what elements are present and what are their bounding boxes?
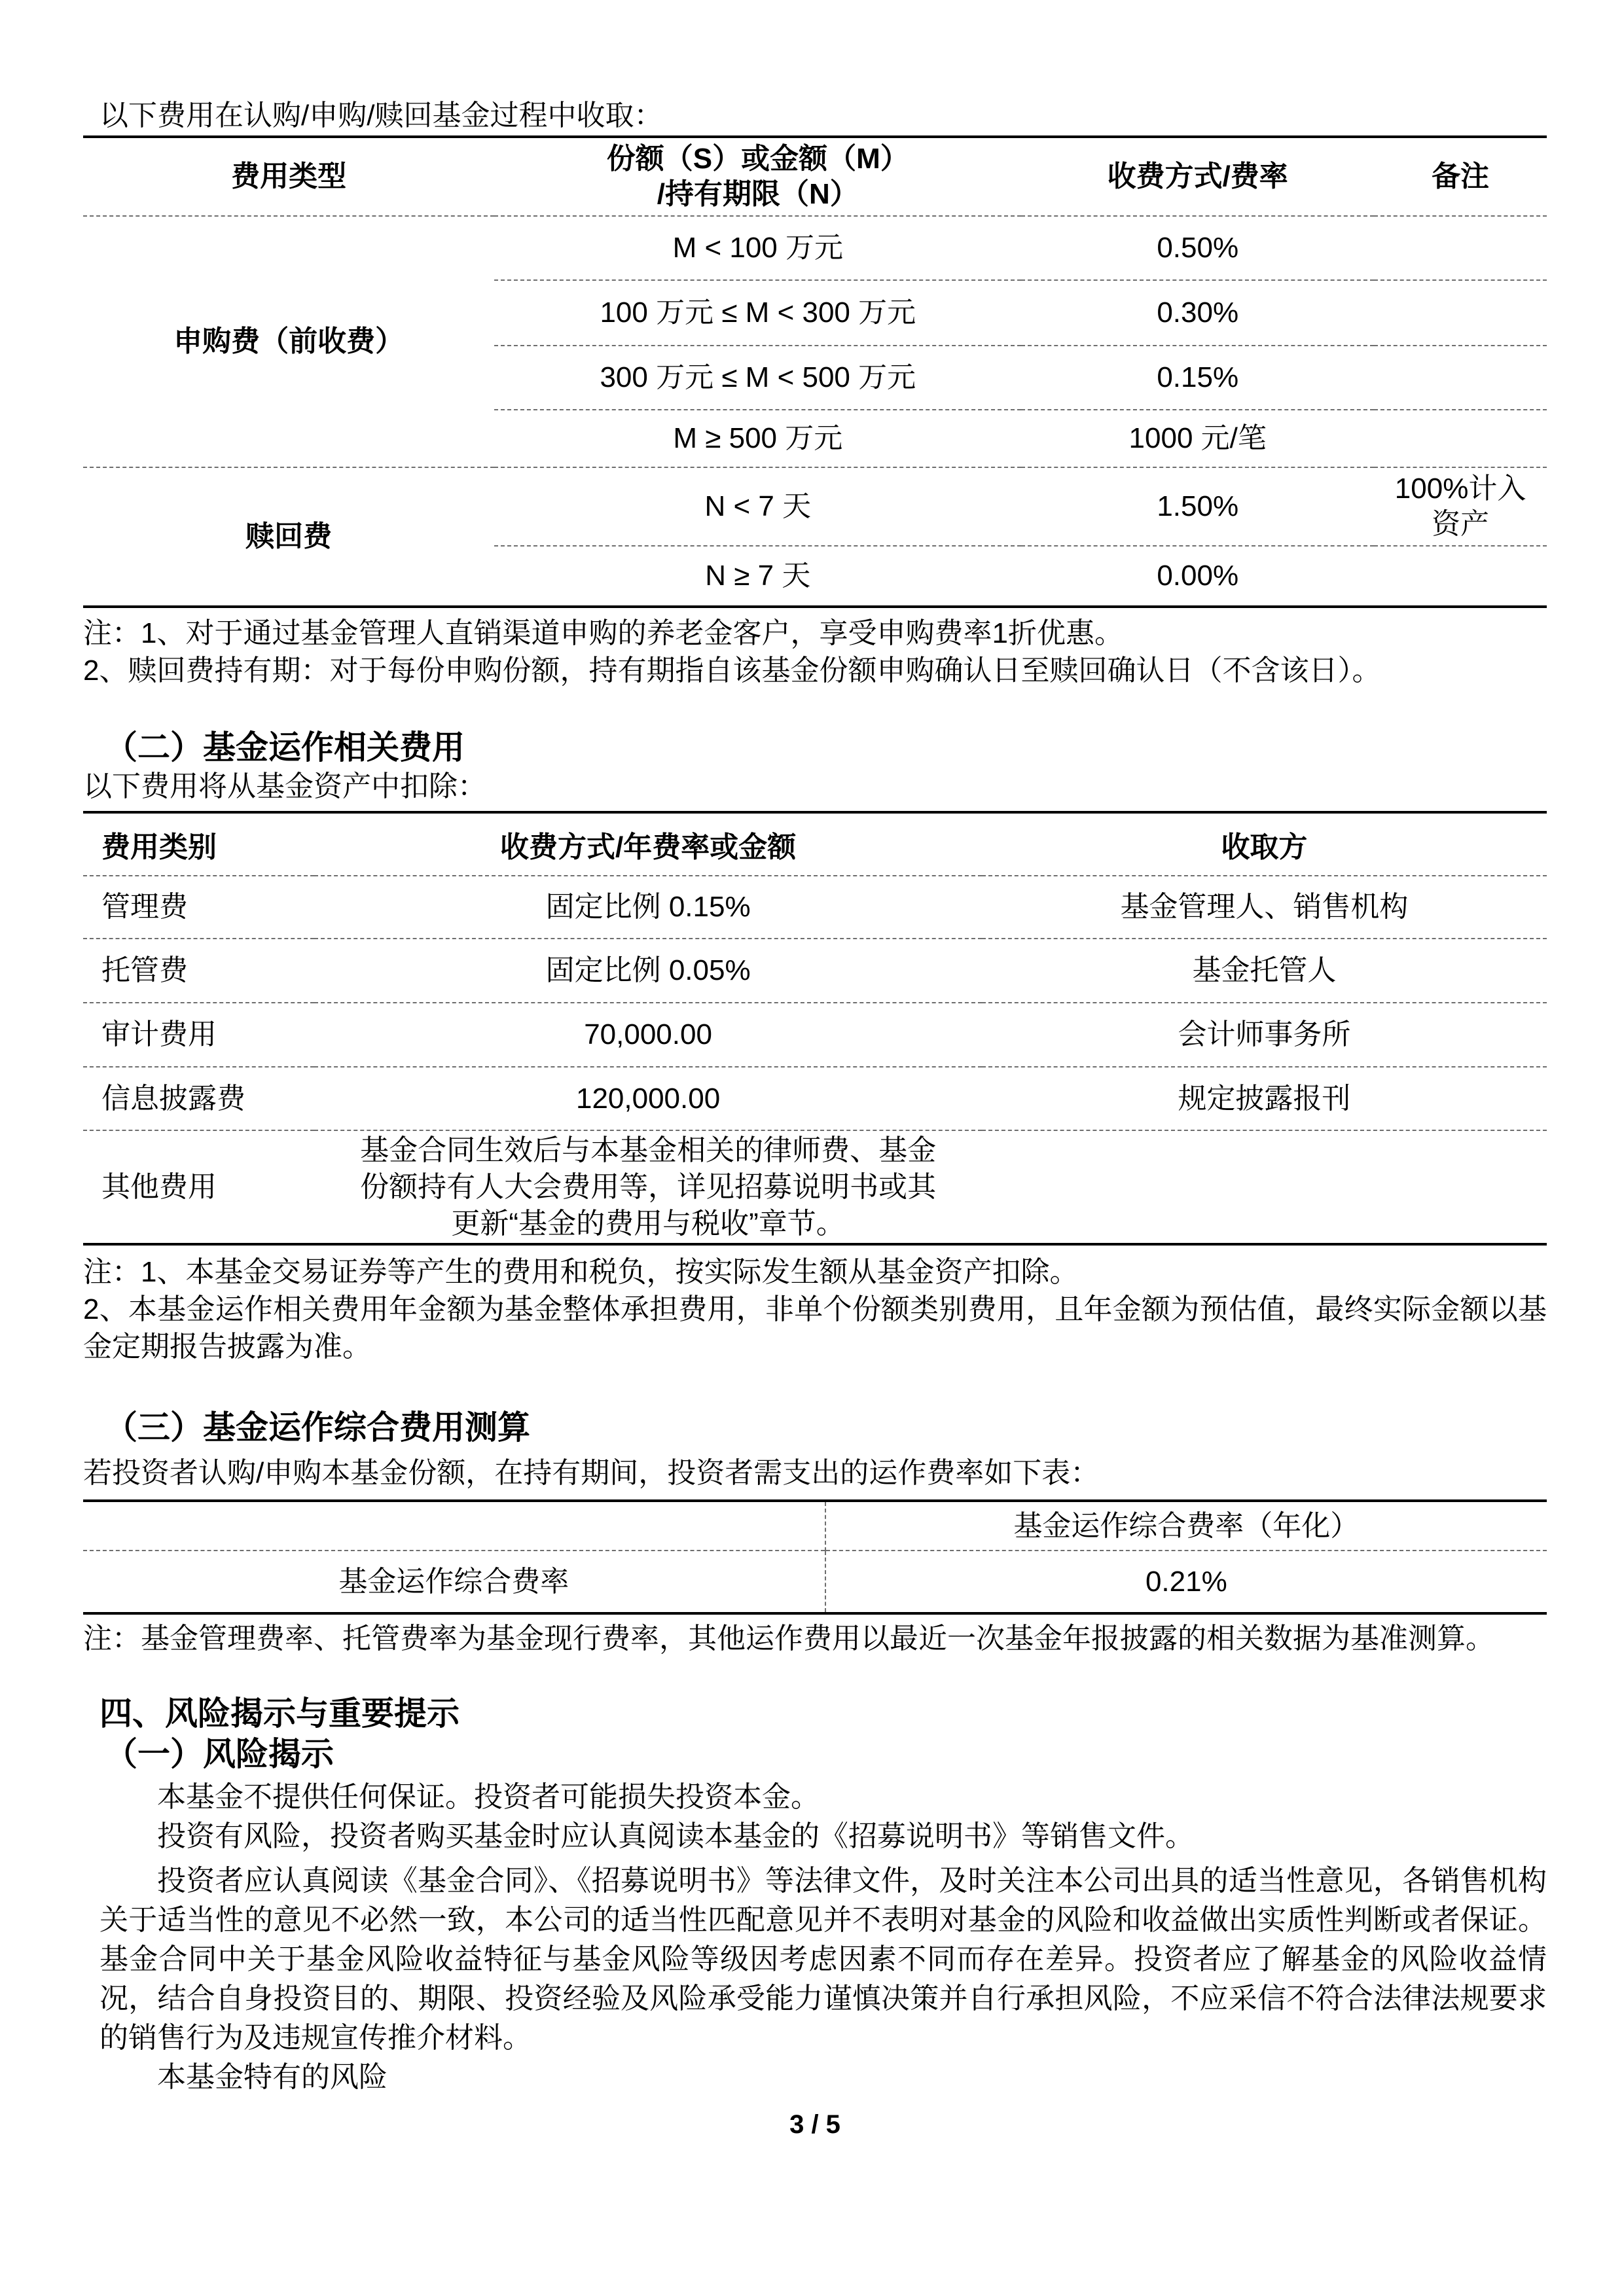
condition-cell: 100 万元 ≤ M < 300 万元: [494, 280, 1021, 346]
fee-name-cell: 托管费: [83, 939, 314, 1003]
condition-cell: M ≥ 500 万元: [494, 410, 1021, 467]
payee-cell: 规定披露报刊: [982, 1067, 1547, 1130]
table-row: 申购费（前收费） M < 100 万元 0.50%: [83, 216, 1547, 280]
table-header-row: 费用类型 份额（S）或金额（M） /持有期限（N） 收费方式/费率 备注: [83, 137, 1547, 216]
fee-value-cell: 固定比例 0.15%: [314, 876, 982, 939]
condition-cell: M < 100 万元: [494, 216, 1021, 280]
rate-value-cell: 0.21%: [825, 1551, 1547, 1613]
remark-cell: [1374, 216, 1547, 280]
remark-cell: [1374, 346, 1547, 410]
fee-name-cell: 其他费用: [83, 1130, 314, 1244]
empty-header-cell: [83, 1501, 825, 1551]
section-heading-comprehensive-fee: （三）基金运作综合费用测算: [105, 1407, 1547, 1448]
table-row: 信息披露费 120,000.00 规定披露报刊: [83, 1067, 1547, 1130]
operating-fees-intro: 以下费用将从基金资产中扣除：: [83, 768, 1547, 806]
rate-cell: 1.50%: [1021, 467, 1374, 546]
payee-cell: 基金管理人、销售机构: [982, 876, 1547, 939]
page-number: 3 / 5: [83, 2109, 1547, 2140]
purchase-redeem-fee-table: 费用类型 份额（S）或金额（M） /持有期限（N） 收费方式/费率 备注 申购费…: [83, 135, 1547, 608]
col-header-fee-category: 费用类别: [83, 812, 314, 876]
col-header-rate-or-amount: 收费方式/年费率或金额: [314, 812, 982, 876]
rate-label-cell: 基金运作综合费率: [83, 1551, 825, 1613]
document-page: 以下费用在认购/申购/赎回基金过程中收取： 费用类型 份额（S）或金额（M） /…: [0, 0, 1624, 2296]
annualized-rate-header-cell: 基金运作综合费率（年化）: [825, 1501, 1547, 1551]
rate-cell: 0.00%: [1021, 546, 1374, 607]
table-header-row: 费用类别 收费方式/年费率或金额 收取方: [83, 812, 1547, 876]
col-header-payee: 收取方: [982, 812, 1547, 876]
table3-note: 注：基金管理费率、托管费率为基金现行费率，其他运作费用以最近一次基金年报披露的相…: [83, 1620, 1547, 1657]
rate-cell: 0.30%: [1021, 280, 1374, 346]
payee-cell: [982, 1130, 1547, 1244]
remark-cell: [1374, 410, 1547, 467]
condition-cell: 300 万元 ≤ M < 500 万元: [494, 346, 1021, 410]
table-row: 其他费用 基金合同生效后与本基金相关的律师费、基金 份额持有人大会费用等，详见招…: [83, 1130, 1547, 1244]
remark-cell: [1374, 546, 1547, 607]
operating-fee-table: 费用类别 收费方式/年费率或金额 收取方 管理费 固定比例 0.15% 基金管理…: [83, 811, 1547, 1246]
col-header-rate: 收费方式/费率: [1021, 137, 1374, 216]
table-row: 基金运作综合费率 0.21%: [83, 1551, 1547, 1613]
risk-paragraph-3: 投资者应认真阅读《基金合同》、《招募说明书》等法律文件，及时关注本公司出具的适当…: [99, 1861, 1547, 2058]
payee-cell: 基金托管人: [982, 939, 1547, 1003]
col-header-amount-holding: 份额（S）或金额（M） /持有期限（N）: [494, 137, 1021, 216]
table-row: 赎回费 N < 7 天 1.50% 100%计入资产: [83, 467, 1547, 546]
risk-paragraph-4: 本基金特有的风险: [99, 2058, 1547, 2097]
table2-note-1: 注：1、本基金交易证券等产生的费用和税负，按实际发生额从基金资产扣除。: [83, 1253, 1547, 1291]
table-header-row: 基金运作综合费率（年化）: [83, 1501, 1547, 1551]
remark-cell: 100%计入资产: [1374, 467, 1547, 546]
fee-type-subscription: 申购费（前收费）: [83, 216, 494, 467]
table1-note-2: 2、赎回费持有期：对于每份申购份额，持有期指自该基金份额申购确认日至赎回确认日（…: [83, 652, 1547, 689]
table-row: 托管费 固定比例 0.05% 基金托管人: [83, 939, 1547, 1003]
payee-cell: 会计师事务所: [982, 1003, 1547, 1067]
condition-cell: N < 7 天: [494, 467, 1021, 546]
rate-cell: 0.50%: [1021, 216, 1374, 280]
fee-value-cell: 70,000.00: [314, 1003, 982, 1067]
col-header-remark: 备注: [1374, 137, 1547, 216]
col-header-fee-type: 费用类型: [83, 137, 494, 216]
comprehensive-fee-intro: 若投资者认购/申购本基金份额，在持有期间，投资者需支出的运作费率如下表：: [83, 1454, 1547, 1492]
risk-paragraph-2: 投资有风险，投资者购买基金时应认真阅读本基金的《招募说明书》等销售文件。: [99, 1817, 1547, 1856]
rate-cell: 0.15%: [1021, 346, 1374, 410]
remark-cell: [1374, 280, 1547, 346]
section-heading-risk-disclosure: 四、风险揭示与重要提示: [99, 1693, 1547, 1734]
fee-name-cell: 信息披露费: [83, 1067, 314, 1130]
fee-value-cell: 固定比例 0.05%: [314, 939, 982, 1003]
table-row: 审计费用 70,000.00 会计师事务所: [83, 1003, 1547, 1067]
purchase-fee-intro: 以下费用在认购/申购/赎回基金过程中收取：: [99, 96, 1547, 135]
fee-name-cell: 审计费用: [83, 1003, 314, 1067]
table2-note-2: 2、本基金运作相关费用年金额为基金整体承担费用，非单个份额类别费用，且年金额为预…: [83, 1291, 1547, 1365]
table1-note-1: 注：1、对于通过基金管理人直销渠道申购的养老金客户，享受申购费率1折优惠。: [83, 615, 1547, 652]
fee-name-cell: 管理费: [83, 876, 314, 939]
risk-paragraph-1: 本基金不提供任何保证。投资者可能损失投资本金。: [99, 1778, 1547, 1817]
table-row: 管理费 固定比例 0.15% 基金管理人、销售机构: [83, 876, 1547, 939]
comprehensive-fee-table: 基金运作综合费率（年化） 基金运作综合费率 0.21%: [83, 1499, 1547, 1615]
rate-cell: 1000 元/笔: [1021, 410, 1374, 467]
subsection-heading-risk: （一）风险揭示: [105, 1734, 1547, 1774]
condition-cell: N ≥ 7 天: [494, 546, 1021, 607]
remark-text: 100%计入资产: [1394, 471, 1528, 542]
fee-type-redemption: 赎回费: [83, 467, 494, 607]
fee-value-cell: 120,000.00: [314, 1067, 982, 1130]
fee-value-cell: 基金合同生效后与本基金相关的律师费、基金 份额持有人大会费用等，详见招募说明书或…: [314, 1130, 982, 1244]
section-heading-operating-fees: （二）基金运作相关费用: [105, 727, 1547, 768]
